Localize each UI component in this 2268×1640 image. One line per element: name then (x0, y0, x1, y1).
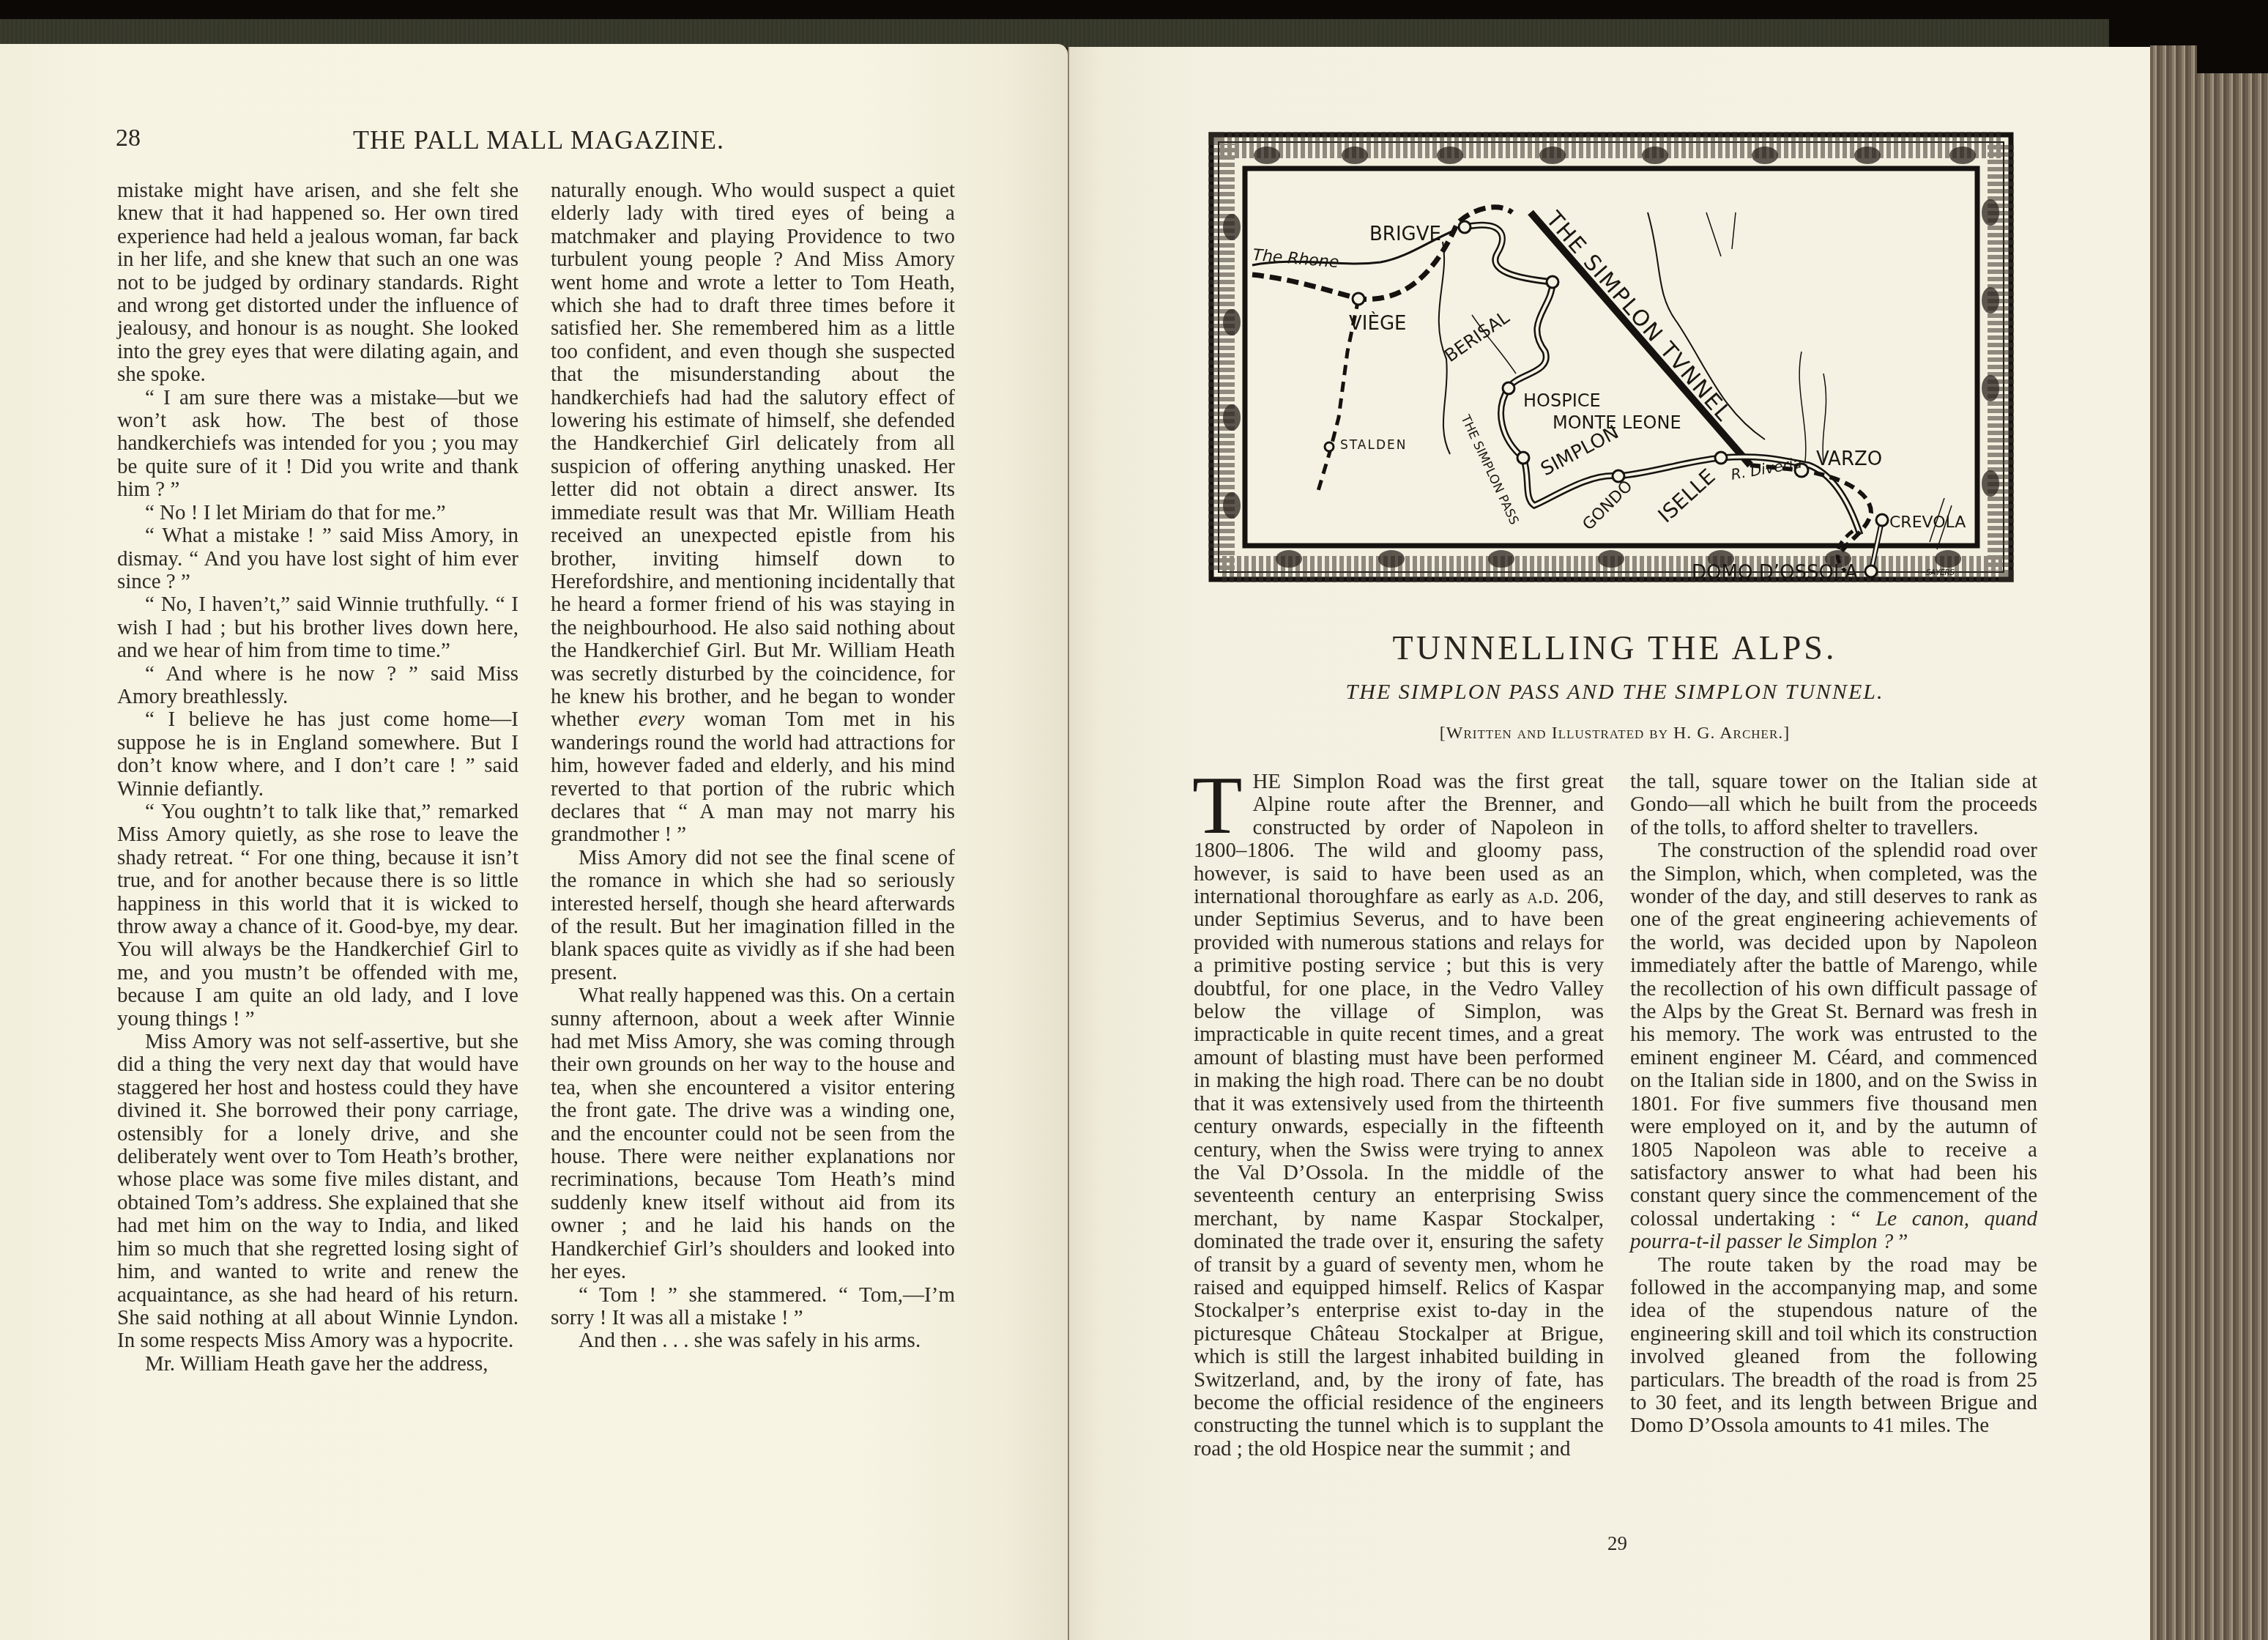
drop-cap: T (1192, 773, 1242, 838)
left-column-2: naturally enough. Who would suspect a qu… (551, 179, 955, 1353)
article-title: TUNNELLING THE ALPS. (1201, 628, 2029, 667)
text-run: a.d. (1527, 885, 1558, 908)
map-artist-signature: SAYERS (1926, 569, 1955, 577)
paragraph: THE Simplon Road was the first great Alp… (1194, 771, 1604, 1461)
paragraph: The construction of the splendid road ov… (1630, 839, 2037, 1253)
paragraph: “ I am sure there was a mistake—but we w… (117, 387, 518, 502)
map-label-brigue: BRIGVE (1369, 223, 1441, 245)
paragraph: “ No, I haven’t,” said Winnie truthfully… (117, 593, 518, 662)
right-column-2: the tall, square tower on the Italian si… (1630, 771, 2037, 1438)
paragraph: And then . . . she was safely in his arm… (551, 1329, 955, 1352)
text-run: 206, under Septimius Severus, and to hav… (1194, 885, 1604, 1461)
paragraph: The route taken by the road may be follo… (1630, 1254, 2037, 1438)
page-edges (2150, 45, 2268, 1640)
italic-emphasis: every (639, 708, 685, 731)
map-label-monte-leone: MONTE LEONE (1553, 412, 1681, 433)
map-label-crevola: CREVOLA (1889, 513, 1966, 532)
paragraph: Miss Amory was not self-assertive, but s… (117, 1031, 518, 1353)
left-column-1: mistake might have arisen, and she felt … (117, 179, 518, 1376)
map-label-varzo: VARZO (1816, 448, 1882, 470)
right-column-1: THE Simplon Road was the first great Alp… (1194, 771, 1604, 1461)
paragraph: naturally enough. Who would suspect a qu… (551, 179, 955, 847)
paragraph: “ And where is he now ? ” said Miss Amor… (117, 663, 518, 709)
paragraph: Mr. William Heath gave her the address, (117, 1353, 518, 1376)
paragraph: “ No ! I let Miriam do that for me.” (117, 502, 518, 524)
paragraph: Miss Amory did not see the final scene o… (551, 847, 955, 984)
paragraph: the tall, square tower on the Italian si… (1630, 771, 2037, 839)
page-number-right: 29 (1607, 1532, 1627, 1555)
paragraph: “ Tom ! ” she stammered. “ Tom,—I’m sorr… (551, 1284, 955, 1330)
text-run: naturally enough. Who would suspect a qu… (551, 179, 955, 731)
text-run: ” (1893, 1230, 1908, 1253)
article-subtitle: THE SIMPLON PASS AND THE SIMPLON TUNNEL. (1201, 680, 2029, 705)
paragraph: “ What a mistake ! ” said Miss Amory, in… (117, 524, 518, 593)
background-corner (2197, 44, 2268, 73)
map-label-stalden: STALDEN (1340, 438, 1408, 453)
map-label-hospice: HOSPICE (1523, 390, 1601, 411)
text-run: The construction of the splendid road ov… (1630, 839, 2037, 1231)
map-label-domo-dossola: DOMO D’OSSOLA (1692, 562, 1858, 582)
paragraph: “ I believe he has just come home—I supp… (117, 708, 518, 801)
running-head: THE PALL MALL MAGAZINE. (353, 125, 724, 155)
page-number-left: 28 (116, 125, 141, 152)
paragraph: “ You oughtn’t to talk like that,” remar… (117, 801, 518, 1031)
simplon-map-illustration: The Rhone BRIGVE VIÈGE STALDEN BERISAL T… (1208, 132, 2014, 582)
article-byline: [Written and Illustrated by H. G. Archer… (1201, 724, 2029, 743)
paragraph: What really happened was this. On a cert… (551, 984, 955, 1283)
paragraph: mistake might have arisen, and she felt … (117, 179, 518, 387)
map-label-viege: VIÈGE (1349, 311, 1406, 335)
